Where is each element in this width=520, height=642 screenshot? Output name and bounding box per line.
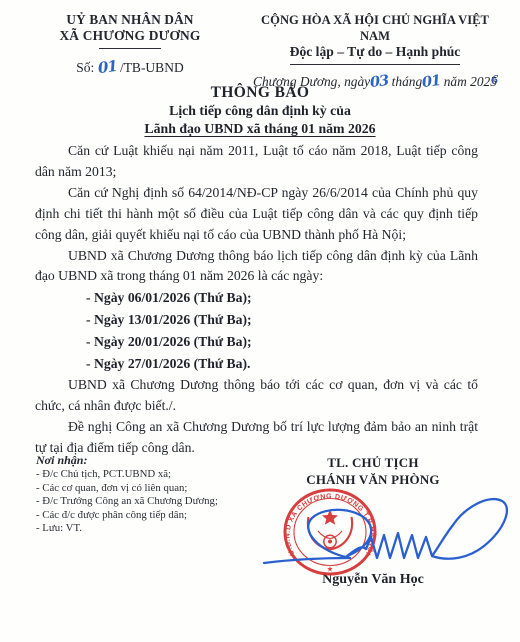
national-line2: Độc lập – Tự do – Hạnh phúc: [245, 44, 505, 60]
document-header: UỶ BAN NHÂN DÂN XÃ CHƯƠNG DƯƠNG Số: 01 /…: [0, 12, 520, 90]
document-title: THÔNG BÁO: [0, 84, 520, 102]
signer-title-2: CHÁNH VĂN PHÒNG: [268, 472, 478, 489]
document-title-block: THÔNG BÁO Lịch tiếp công dân định kỳ của…: [0, 84, 520, 138]
number-prefix: Số:: [76, 60, 94, 75]
document-body: Căn cứ Luật khiếu nại năm 2011, Luật tố …: [35, 141, 478, 459]
issuer-block: UỶ BAN NHÂN DÂN XÃ CHƯƠNG DƯƠNG Số: 01 /…: [30, 12, 230, 90]
document-subtitle-1: Lịch tiếp công dân định kỳ của: [0, 102, 520, 120]
reception-date-list: - Ngày 06/01/2026 (Thứ Ba);- Ngày 13/01/…: [35, 287, 478, 375]
paragraph-announcement: UBND xã Chương Dương thông báo lịch tiếp…: [35, 246, 478, 288]
paragraph-legal-basis-2: Căn cứ Nghị định số 64/2014/NĐ-CP ngày 2…: [35, 183, 478, 246]
document-subtitle-2: Lãnh đạo UBND xã tháng 01 năm 2026: [0, 120, 520, 138]
recipients-list: - Đ/c Chủ tịch, PCT.UBND xã;- Các cơ qua…: [36, 468, 271, 536]
recipient-item: - Lưu: VT.: [36, 522, 271, 536]
issuer-underline: [99, 48, 161, 49]
recipient-item: - Các đ/c được phân công tiếp dân;: [36, 509, 271, 523]
recipient-item: - Đ/c Trưởng Công an xã Chương Dương;: [36, 495, 271, 509]
reception-date-item: - Ngày 20/01/2026 (Thứ Ba);: [86, 331, 478, 353]
paragraph-notice: UBND xã Chương Dương thông báo tới các c…: [35, 375, 478, 417]
issuer-line1: UỶ BAN NHÂN DÂN: [30, 12, 230, 28]
motto-underline: [290, 64, 460, 65]
document-number: Số: 01 /TB-UBND: [30, 58, 230, 76]
recipient-item: - Đ/c Chủ tịch, PCT.UBND xã;: [36, 468, 271, 482]
recipient-item: - Các cơ quan, đơn vị có liên quan;: [36, 482, 271, 496]
reception-date-item: - Ngày 06/01/2026 (Thứ Ba);: [86, 287, 478, 309]
signer-title-1: TL. CHỦ TỊCH: [268, 455, 478, 472]
number-handwritten: 01: [97, 57, 118, 77]
issuer-line2: XÃ CHƯƠNG DƯƠNG: [30, 28, 230, 44]
reception-date-item: - Ngày 13/01/2026 (Thứ Ba);: [86, 309, 478, 331]
national-line1: CỘNG HÒA XÃ HỘI CHỦ NGHĨA VIỆT NAM: [245, 12, 505, 44]
paragraph-legal-basis-1: Căn cứ Luật khiếu nại năm 2011, Luật tố …: [35, 141, 478, 183]
signature-stroke: [250, 488, 518, 580]
document-page: UỶ BAN NHÂN DÂN XÃ CHƯƠNG DƯƠNG Số: 01 /…: [0, 0, 520, 642]
number-suffix: /TB-UBND: [120, 60, 184, 75]
recipients-label: Nơi nhận:: [36, 453, 271, 468]
reception-date-item: - Ngày 27/01/2026 (Thứ Ba).: [86, 353, 478, 375]
national-motto-block: CỘNG HÒA XÃ HỘI CHỦ NGHĨA VIỆT NAM Độc l…: [245, 12, 505, 90]
signature-block: TL. CHỦ TỊCH CHÁNH VĂN PHÒNG Nguyễn Văn …: [268, 455, 478, 488]
recipients-block: Nơi nhận: - Đ/c Chủ tịch, PCT.UBND xã;- …: [36, 453, 271, 536]
